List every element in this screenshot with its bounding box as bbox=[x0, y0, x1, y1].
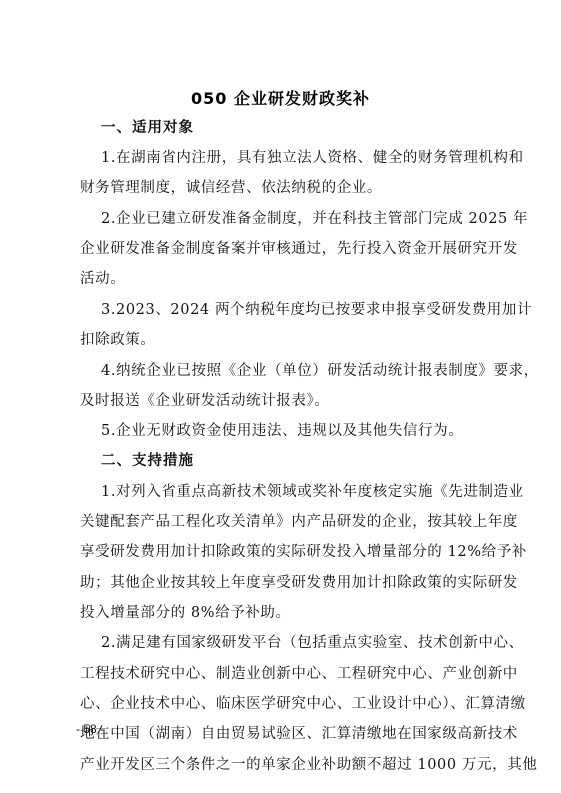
paragraph-line: 及时报送《企业研发活动统计报表》。 bbox=[80, 391, 488, 411]
paragraph-line: 助；其他企业按其较上年度享受研发费用加计扣除政策的实际研发 bbox=[80, 573, 488, 593]
document-page: 050 企业研发财政奖补 一、适用对象 1.在湖南省内注册，具有独立法人资格、健… bbox=[0, 0, 561, 793]
paragraph-line: 3.2023、2024 两个纳税年度均已按要求申报享受研发费用加计 bbox=[101, 300, 488, 320]
paragraph-line: 1.在湖南省内注册，具有独立法人资格、健全的财务管理机构和 bbox=[101, 148, 488, 168]
paragraph-line: 5.企业无财政资金使用违法、违规以及其他失信行为。 bbox=[101, 421, 488, 441]
paragraph-line: 工程技术研究中心、制造业创新中心、工程研究中心、产业创新中 bbox=[80, 664, 488, 684]
paragraph-line: 2.企业已建立研发准备金制度，并在科技主管部门完成 2025 年 bbox=[101, 209, 488, 229]
paragraph-line: 1.对列入省重点高新技术领域或奖补年度核定实施《先进制造业 bbox=[101, 482, 488, 502]
paragraph-line: 活动。 bbox=[80, 269, 488, 289]
paragraph-line: 享受研发费用加计扣除政策的实际研发投入增量部分的 12%给予补 bbox=[80, 542, 488, 562]
section-heading: 一、适用对象 bbox=[101, 118, 509, 138]
section-heading: 二、支持措施 bbox=[101, 451, 509, 471]
paragraph-line: 企业研发准备金制度备案并审核通过，先行投入资金开展研究开发 bbox=[80, 239, 488, 259]
paragraph-line: 心、企业技术中心、临床医学研究中心、工业设计中心）、汇算清缴 bbox=[80, 694, 488, 714]
page-number: - 58 - bbox=[76, 722, 104, 736]
paragraph-line: 地在中国（湖南）自由贸易试验区、汇算清缴地在国家级高新技术 bbox=[80, 724, 488, 744]
paragraph-line: 2.满足建有国家级研发平台（包括重点实验室、技术创新中心、 bbox=[101, 633, 488, 653]
paragraph-line: 扣除政策。 bbox=[80, 330, 488, 350]
paragraph-line: 财务管理制度，诚信经营、依法纳税的企业。 bbox=[80, 178, 488, 198]
paragraph-line: 投入增量部分的 8%给予补助。 bbox=[80, 603, 488, 623]
paragraph-line: 产业开发区三个条件之一的单家企业补助额不超过 1000 万元，其他 bbox=[80, 755, 488, 775]
paragraph-line: 4.纳统企业已按照《企业（单位）研发活动统计报表制度》要求， bbox=[101, 361, 488, 381]
document-title: 050 企业研发财政奖补 bbox=[0, 86, 561, 109]
paragraph-line: 关键配套产品工程化攻关清单》内产品研发的企业，按其较上年度 bbox=[80, 512, 488, 532]
